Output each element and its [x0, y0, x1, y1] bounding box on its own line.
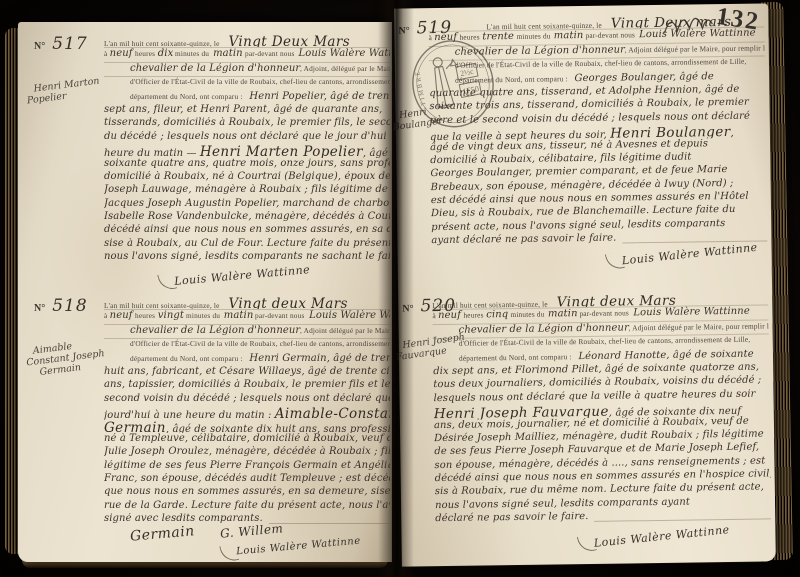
printed-form-text: , Adjoint délégué par le Maire, pour rem… [625, 43, 765, 54]
handwritten-text: ayant déclaré ne pas savoir le faire. [431, 233, 616, 247]
handwritten-text: matin [213, 48, 243, 59]
handwritten-text: signé avec lesdits comparants. [104, 513, 263, 524]
record-line: Joseph Lauwage, ménagère à Roubaix ; fil… [104, 184, 390, 197]
handwritten-text: du décédé ; lesquels nous ont déclaré qu… [104, 131, 390, 142]
printed-form-text: à [104, 311, 109, 320]
left-register-page: N°517Henri MartonPopelier L'an mil huit … [18, 22, 392, 562]
handwritten-text: né à Templeuve, célibataire, domicilié à… [104, 433, 390, 444]
printed-form-text: par-devant nous [578, 309, 632, 319]
record-line: à neuf heures dix minutes du matin par-d… [104, 48, 390, 62]
record-line: né à Templeuve, célibataire, domicilié à… [104, 433, 390, 446]
record-line: jourd'hui à une heure du matin : Aimable… [104, 406, 390, 419]
handwritten-text: matin [554, 30, 584, 41]
record-line: département du Nord, ont comparu : Henri… [104, 91, 390, 104]
handwritten-text: Georges Boulanger, âgé de [574, 71, 714, 84]
printed-form-text: minutes du [508, 310, 546, 320]
number-label: N° [34, 41, 45, 52]
printed-form-text: département du Nord, ont comparu : [455, 74, 570, 85]
record-line: Julie Joseph Oroulez, ménagère, décédée … [104, 446, 390, 459]
record-line: second voisin du décédé ; lesquels nous … [104, 393, 390, 406]
signatures-row: GermainG. WillemLouis Walère Wattinne [104, 527, 390, 559]
handwritten-text: légitime de ses feus Pierre François Ger… [104, 460, 390, 471]
record-line: soixante quatre ans, quatre mois, onze j… [104, 158, 390, 171]
handwritten-text: dix [158, 48, 174, 59]
record-line: à neuf heures vingt minutes du matin par… [104, 310, 390, 324]
record-line: Isabelle Rose Vandenbulcke, ménagère, dé… [104, 211, 390, 224]
death-record-entry-517: N°517Henri MartonPopelier L'an mil huit … [34, 34, 390, 296]
signature: Louis Walère Wattinne [236, 535, 361, 557]
handwritten-text: Franc, son épouse, décédés audit Templeu… [104, 473, 390, 484]
signature: Louis Walère Wattinne [593, 523, 730, 550]
record-line: sept ans, fileur, et Henri Parent, âgé d… [104, 104, 390, 117]
handwritten-text: rue de la Garde. Lecture faite du présen… [104, 500, 390, 511]
record-line: L'an mil huit cent soixante-quinze, le V… [104, 296, 390, 310]
handwritten-text: Germain [104, 420, 166, 433]
printed-form-text: heures [133, 49, 157, 58]
entry-number-value: 518 [52, 296, 87, 316]
handwritten-text: domicilié à Roubaix, célibataire, fils l… [430, 151, 691, 166]
rule-line [269, 522, 390, 524]
death-record-entry-518: N°518AimableConstant JosephGermain L'an … [34, 296, 390, 560]
handwritten-text: , âgé de soixante dix huit ans, sans pro… [166, 424, 390, 433]
handwritten-text: neuf [110, 48, 133, 59]
record-line: nous l'avons signé, lesdits comparants n… [104, 251, 390, 264]
number-label: N° [34, 303, 45, 314]
handwritten-text: Vingt Deux Mars [229, 34, 351, 48]
printed-form-text: à [104, 49, 109, 58]
handwritten-text: ans, tapissier, domiciliés à Roubaix, le… [104, 379, 390, 390]
printed-form-text: par-devant nous [583, 31, 637, 41]
handwritten-text: chevalier de la Légion d'honneur [459, 322, 629, 335]
handwritten-text: Léonard Hanotte, âgé de soixante [578, 348, 753, 361]
right-register-page: 132 2½c 1F50 TIMBRE N°519HenriBoulanger … [394, 3, 776, 566]
handwritten-text: sise à Roubaix, au Cul de Four. Lecture … [104, 238, 390, 249]
handwritten-text: Louis Walère Wattinne [639, 28, 756, 41]
handwritten-text: neuf [438, 310, 461, 321]
printed-form-text: département du Nord, ont comparu : [130, 354, 245, 363]
handwritten-text: Joseph Lauwage, ménagère à Roubaix ; fil… [104, 184, 390, 195]
printed-form-text: heures [457, 33, 481, 42]
handwritten-text: tisserands, domiciliés à Roubaix, le pre… [104, 117, 390, 128]
record-line: Jacques Joseph Augustin Popelier, marcha… [104, 198, 390, 211]
record-line: département du Nord, ont comparu : Henri… [104, 353, 390, 366]
handwritten-text: second voisin du décédé ; lesquels nous … [104, 393, 390, 404]
handwritten-text: chevalier de la Légion d'honneur [455, 44, 625, 57]
record-line: du décédé ; lesquels nous ont déclaré qu… [104, 131, 390, 144]
record-line: sise à Roubaix, au Cul de Four. Lecture … [104, 238, 390, 251]
printed-form-text: département du Nord, ont comparu : [130, 92, 245, 101]
handwritten-text: matin [548, 308, 578, 319]
handwritten-text: cinq [486, 309, 508, 320]
handwritten-text: Louis Walère Wattinne [298, 48, 390, 59]
handwritten-text: Henri Popelier, âgé de trente [249, 91, 390, 102]
handwritten-text: heure du matin — [104, 148, 200, 157]
handwritten-text: nous l'avons signé, lesdits comparants n… [104, 251, 390, 262]
handwritten-text: Isabelle Rose Vandenbulcke, ménagère, dé… [104, 211, 390, 222]
record-line: ans, tapissier, domiciliés à Roubaix, le… [104, 379, 390, 392]
handwritten-text: déclaré ne pas savoir le faire. [435, 511, 588, 524]
handwritten-text: Aimable-Constant-Joseph [275, 406, 390, 419]
record-line: heure du matin — Henri Marten Popelier, … [104, 144, 390, 157]
handwritten-text: , âgé de [363, 148, 390, 157]
record-line: d'Officier de l'État-Civil de la ville d… [104, 339, 390, 352]
handwritten-text: neuf [434, 32, 457, 43]
entry-number-value: 517 [52, 34, 87, 54]
handwritten-text: neuf [110, 310, 133, 321]
record-line: L'an mil huit cent soixante-quinze, le V… [104, 34, 390, 48]
handwritten-text: , [730, 128, 733, 139]
handwritten-text: soixante quatre ans, quatre mois, onze j… [104, 158, 390, 169]
printed-form-text: d'Officier de l'État-Civil de la ville d… [130, 339, 390, 348]
handwritten-text: Henri Marten Popelier [200, 144, 363, 157]
handwritten-text: Louis Walère Wattinne [309, 310, 390, 321]
handwritten-text: sept ans, fileur, et Henri Parent, âgé d… [104, 104, 382, 115]
printed-form-text: L'an mil huit cent soixante-quinze, le [104, 39, 224, 48]
handwritten-text: décédé ainsi que nous nous en sommes ass… [104, 224, 390, 235]
handwritten-text: Jacques Joseph Augustin Popelier, marcha… [104, 198, 390, 209]
signature: Germain [129, 523, 195, 545]
printed-form-text: minutes du [173, 49, 211, 58]
handwritten-text: que nous nous en sommes assurés, en sa d… [104, 486, 390, 497]
signatures-row: Louis Walère Wattinne [104, 265, 390, 297]
printed-form-text: département du Nord, ont comparu : [459, 352, 574, 363]
printed-form-text: minutes du [184, 311, 222, 320]
record-line: chevalier de la Légion d'honneur, Adjoin… [104, 63, 390, 77]
printed-form-text: heures [133, 311, 157, 320]
record-line: Germain, âgé de soixante dix huit ans, s… [104, 420, 390, 433]
handwritten-text: Julie Joseph Oroulez, ménagère, décédée … [104, 446, 390, 457]
record-line: domicilié à Roubaix, né à Courtrai (Belg… [104, 171, 390, 184]
printed-form-text: à [432, 311, 438, 320]
record-line: légitime de ses feus Pierre François Ger… [104, 460, 390, 473]
printed-form-text: à [428, 33, 434, 42]
signatures-row: Louis Walère Wattinne [431, 244, 767, 281]
record-line: tisserands, domiciliés à Roubaix, le pre… [104, 117, 390, 130]
record-line: huit ans, fabricant, et Césare Willaeys,… [104, 366, 390, 379]
printed-form-text: minutes du [514, 32, 552, 42]
printed-form-text: , Adjoint, délégué par le Maire, pour re… [300, 64, 390, 73]
handwritten-text: trente [482, 31, 514, 42]
handwritten-text: jourd'hui à une heure du matin : [104, 410, 275, 419]
printed-form-text: par-devant nous [253, 311, 307, 320]
signature: Louis Walère Wattinne [174, 263, 311, 288]
printed-form-text: , Adjoint délégué par le Maire, pour rem… [629, 321, 769, 332]
record-line: rue de la Garde. Lecture faite du présen… [104, 500, 390, 513]
record-line: décédé ainsi que nous nous en sommes ass… [104, 224, 390, 237]
printed-form-text: heures [461, 311, 485, 320]
handwritten-text: domicilié à Roubaix, né à Courtrai (Belg… [104, 171, 390, 182]
record-line: d'Officier de l'État-Civil de la ville d… [104, 77, 390, 90]
handwritten-text: Louis Walère Wattinne [633, 306, 750, 319]
register-book-photo: N°517Henri MartonPopelier L'an mil huit … [0, 0, 800, 577]
handwritten-text: Henri Germain, âgé de trente [249, 353, 390, 364]
handwritten-text: vingt [158, 310, 184, 321]
printed-form-text: L'an mil huit cent soixante-quinze, le [104, 301, 224, 310]
handwritten-text: chevalier de la Légion d'honneur [130, 63, 300, 74]
signatures-row: Louis Walère Wattinne [435, 522, 771, 559]
handwritten-text: Vingt deux Mars [229, 296, 348, 310]
printed-form-text: d'Officier de l'État-Civil de la ville d… [130, 77, 390, 86]
handwritten-text: huit ans, fabricant, et Césare Willaeys,… [104, 366, 390, 377]
printed-form-text: par-devant nous [243, 49, 297, 58]
printed-form-text: , Adjoint délégué par le Maire, pour rem… [300, 326, 390, 335]
handwritten-text: matin [224, 310, 254, 321]
record-line: chevalier de la Légion d'honneur, Adjoin… [104, 325, 390, 339]
death-record-entry-519: 2½c 1F50 TIMBRE N°519HenriBoulanger L'an… [398, 13, 768, 294]
rule-line [595, 517, 772, 521]
handwritten-text: chevalier de la Légion d'honneur [130, 325, 300, 336]
record-line: Franc, son épouse, décédés audit Templeu… [104, 473, 390, 486]
handwritten-text: nous l'avons signé seul, lesdits compara… [435, 496, 690, 511]
record-line: que nous nous en sommes assurés, en sa d… [104, 486, 390, 499]
death-record-entry-520: N°520Henri JosephFauvarque L'an mil huit… [402, 291, 772, 564]
